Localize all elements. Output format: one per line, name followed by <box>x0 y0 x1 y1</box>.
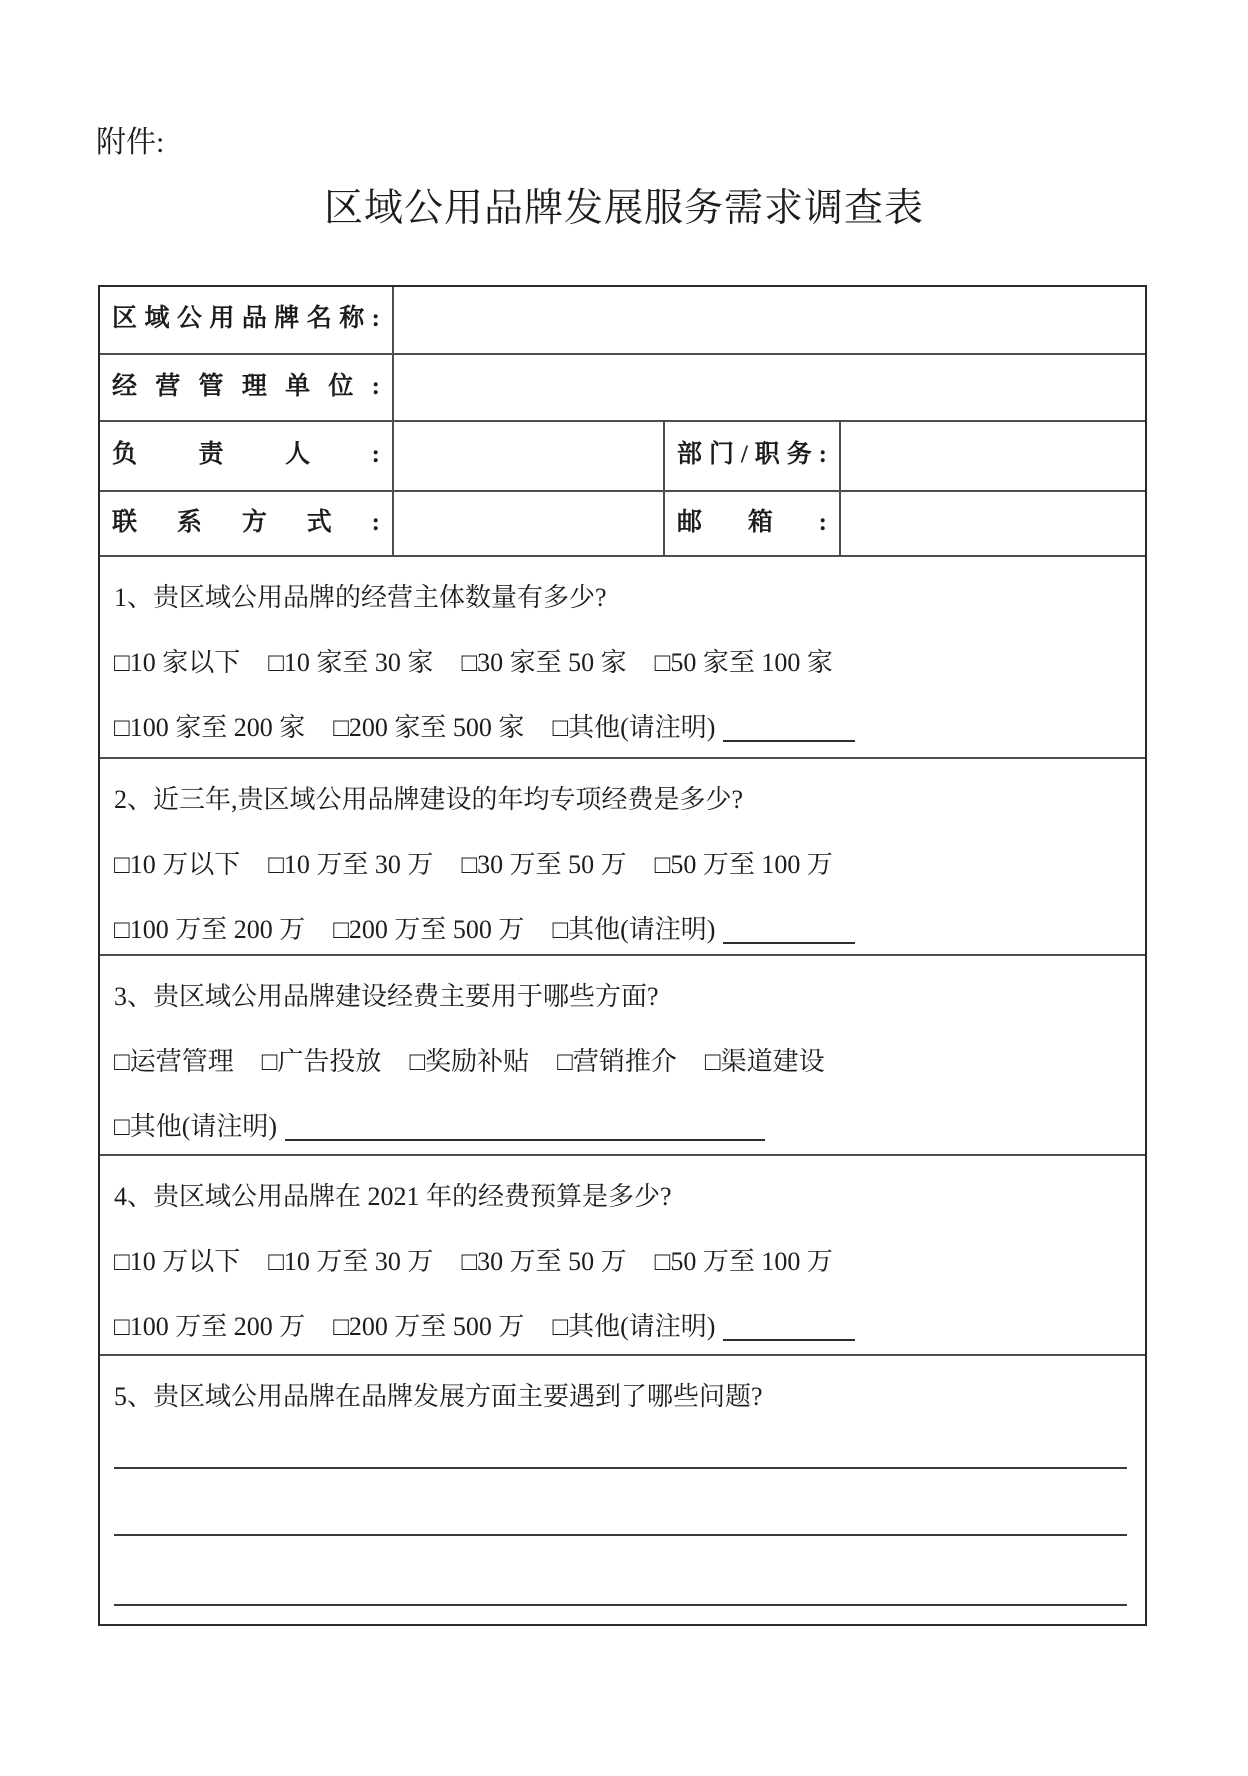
question-3-options-row-2: □其他(请注明) <box>114 1092 1129 1157</box>
question-5: 5、贵区域公用品牌在品牌发展方面主要遇到了哪些问题? <box>100 1356 1145 1624</box>
contact-input[interactable] <box>394 492 665 555</box>
row-brand-name: 区域公用品牌名称: <box>100 287 1145 355</box>
management-unit-input[interactable] <box>394 355 1145 420</box>
checkbox-option[interactable]: □50 万至 100 万 <box>655 844 833 881</box>
checkbox-option[interactable]: □其他(请注明) <box>552 909 715 946</box>
question-4: 4、贵区域公用品牌在 2021 年的经费预算是多少? □10 万以下 □10 万… <box>100 1156 1145 1356</box>
question-1-text: 1、贵区域公用品牌的经营主体数量有多少? <box>114 563 1129 628</box>
survey-form-table: 区域公用品牌名称: 经营管理单位: 负责人: 部门/职务: 联系方式: 邮箱: … <box>98 285 1147 1626</box>
question-1: 1、贵区域公用品牌的经营主体数量有多少? □10 家以下 □10 家至 30 家… <box>100 557 1145 759</box>
question-3-options-row-1: □运营管理 □广告投放 □奖励补贴 □营销推介 □渠道建设 <box>114 1027 1129 1092</box>
question-3-text: 3、贵区域公用品牌建设经费主要用于哪些方面? <box>114 962 1129 1027</box>
checkbox-option[interactable]: □30 万至 50 万 <box>461 844 626 881</box>
other-blank-line[interactable] <box>723 1309 855 1341</box>
checkbox-option[interactable]: □广告投放 <box>262 1041 382 1078</box>
other-blank-line[interactable] <box>723 912 855 944</box>
other-blank-line[interactable] <box>285 1109 765 1141</box>
department-input[interactable] <box>841 422 1145 490</box>
answer-line[interactable] <box>114 1427 1127 1469</box>
question-2-options-row-1: □10 万以下 □10 万至 30 万 □30 万至 50 万 □50 万至 1… <box>114 830 1129 895</box>
checkbox-option[interactable]: □10 家至 30 家 <box>268 642 433 679</box>
checkbox-option[interactable]: □200 万至 500 万 <box>333 909 524 946</box>
other-blank-line[interactable] <box>723 710 855 742</box>
field-label-department: 部门/职务: <box>665 422 841 490</box>
checkbox-option[interactable]: □奖励补贴 <box>409 1041 529 1078</box>
question-1-options-row-1: □10 家以下 □10 家至 30 家 □30 家至 50 家 □50 家至 1… <box>114 628 1129 693</box>
checkbox-option[interactable]: □渠道建设 <box>705 1041 825 1078</box>
email-input[interactable] <box>841 492 1145 555</box>
checkbox-option[interactable]: □营销推介 <box>557 1041 677 1078</box>
checkbox-option[interactable]: □其他(请注明) <box>552 1306 715 1343</box>
document-page: 附件: 区域公用品牌发展服务需求调查表 区域公用品牌名称: 经营管理单位: 负责… <box>0 0 1248 1776</box>
question-2-options-row-2: □100 万至 200 万 □200 万至 500 万 □其他(请注明) <box>114 895 1129 960</box>
checkbox-option[interactable]: □10 万以下 <box>114 844 240 881</box>
field-label-brand-name: 区域公用品牌名称: <box>100 287 394 353</box>
checkbox-option[interactable]: □10 万以下 <box>114 1241 240 1278</box>
checkbox-option[interactable]: □10 家以下 <box>114 642 240 679</box>
checkbox-option[interactable]: □100 家至 200 家 <box>114 707 305 744</box>
checkbox-option[interactable]: □50 家至 100 家 <box>655 642 833 679</box>
field-label-contact: 联系方式: <box>100 492 394 555</box>
answer-line[interactable] <box>114 1469 1127 1536</box>
checkbox-option[interactable]: □200 家至 500 家 <box>333 707 524 744</box>
row-management-unit: 经营管理单位: <box>100 355 1145 422</box>
field-label-person-in-charge: 负责人: <box>100 422 394 490</box>
checkbox-option[interactable]: □100 万至 200 万 <box>114 1306 305 1343</box>
answer-line[interactable] <box>114 1536 1127 1606</box>
checkbox-option[interactable]: □其他(请注明) <box>114 1106 277 1143</box>
checkbox-option[interactable]: □30 万至 50 万 <box>461 1241 626 1278</box>
question-4-text: 4、贵区域公用品牌在 2021 年的经费预算是多少? <box>114 1162 1129 1227</box>
brand-name-input[interactable] <box>394 287 1145 353</box>
checkbox-option[interactable]: □30 家至 50 家 <box>461 642 626 679</box>
field-label-email: 邮箱: <box>665 492 841 555</box>
checkbox-option[interactable]: □10 万至 30 万 <box>268 844 433 881</box>
question-4-options-row-2: □100 万至 200 万 □200 万至 500 万 □其他(请注明) <box>114 1292 1129 1357</box>
question-5-text: 5、贵区域公用品牌在品牌发展方面主要遇到了哪些问题? <box>114 1362 1129 1427</box>
row-contact-email: 联系方式: 邮箱: <box>100 492 1145 557</box>
question-3: 3、贵区域公用品牌建设经费主要用于哪些方面? □运营管理 □广告投放 □奖励补贴… <box>100 956 1145 1156</box>
checkbox-option[interactable]: □100 万至 200 万 <box>114 909 305 946</box>
checkbox-option[interactable]: □200 万至 500 万 <box>333 1306 524 1343</box>
attachment-label: 附件: <box>96 120 164 166</box>
question-4-options-row-1: □10 万以下 □10 万至 30 万 □30 万至 50 万 □50 万至 1… <box>114 1227 1129 1292</box>
checkbox-option[interactable]: □10 万至 30 万 <box>268 1241 433 1278</box>
question-2-text: 2、近三年,贵区域公用品牌建设的年均专项经费是多少? <box>114 765 1129 830</box>
page-title: 区域公用品牌发展服务需求调查表 <box>0 182 1248 236</box>
question-1-options-row-2: □100 家至 200 家 □200 家至 500 家 □其他(请注明) <box>114 693 1129 758</box>
checkbox-option[interactable]: □运营管理 <box>114 1041 234 1078</box>
question-2: 2、近三年,贵区域公用品牌建设的年均专项经费是多少? □10 万以下 □10 万… <box>100 759 1145 956</box>
checkbox-option[interactable]: □其他(请注明) <box>552 707 715 744</box>
row-person-department: 负责人: 部门/职务: <box>100 422 1145 492</box>
checkbox-option[interactable]: □50 万至 100 万 <box>655 1241 833 1278</box>
person-in-charge-input[interactable] <box>394 422 665 490</box>
field-label-management-unit: 经营管理单位: <box>100 355 394 420</box>
